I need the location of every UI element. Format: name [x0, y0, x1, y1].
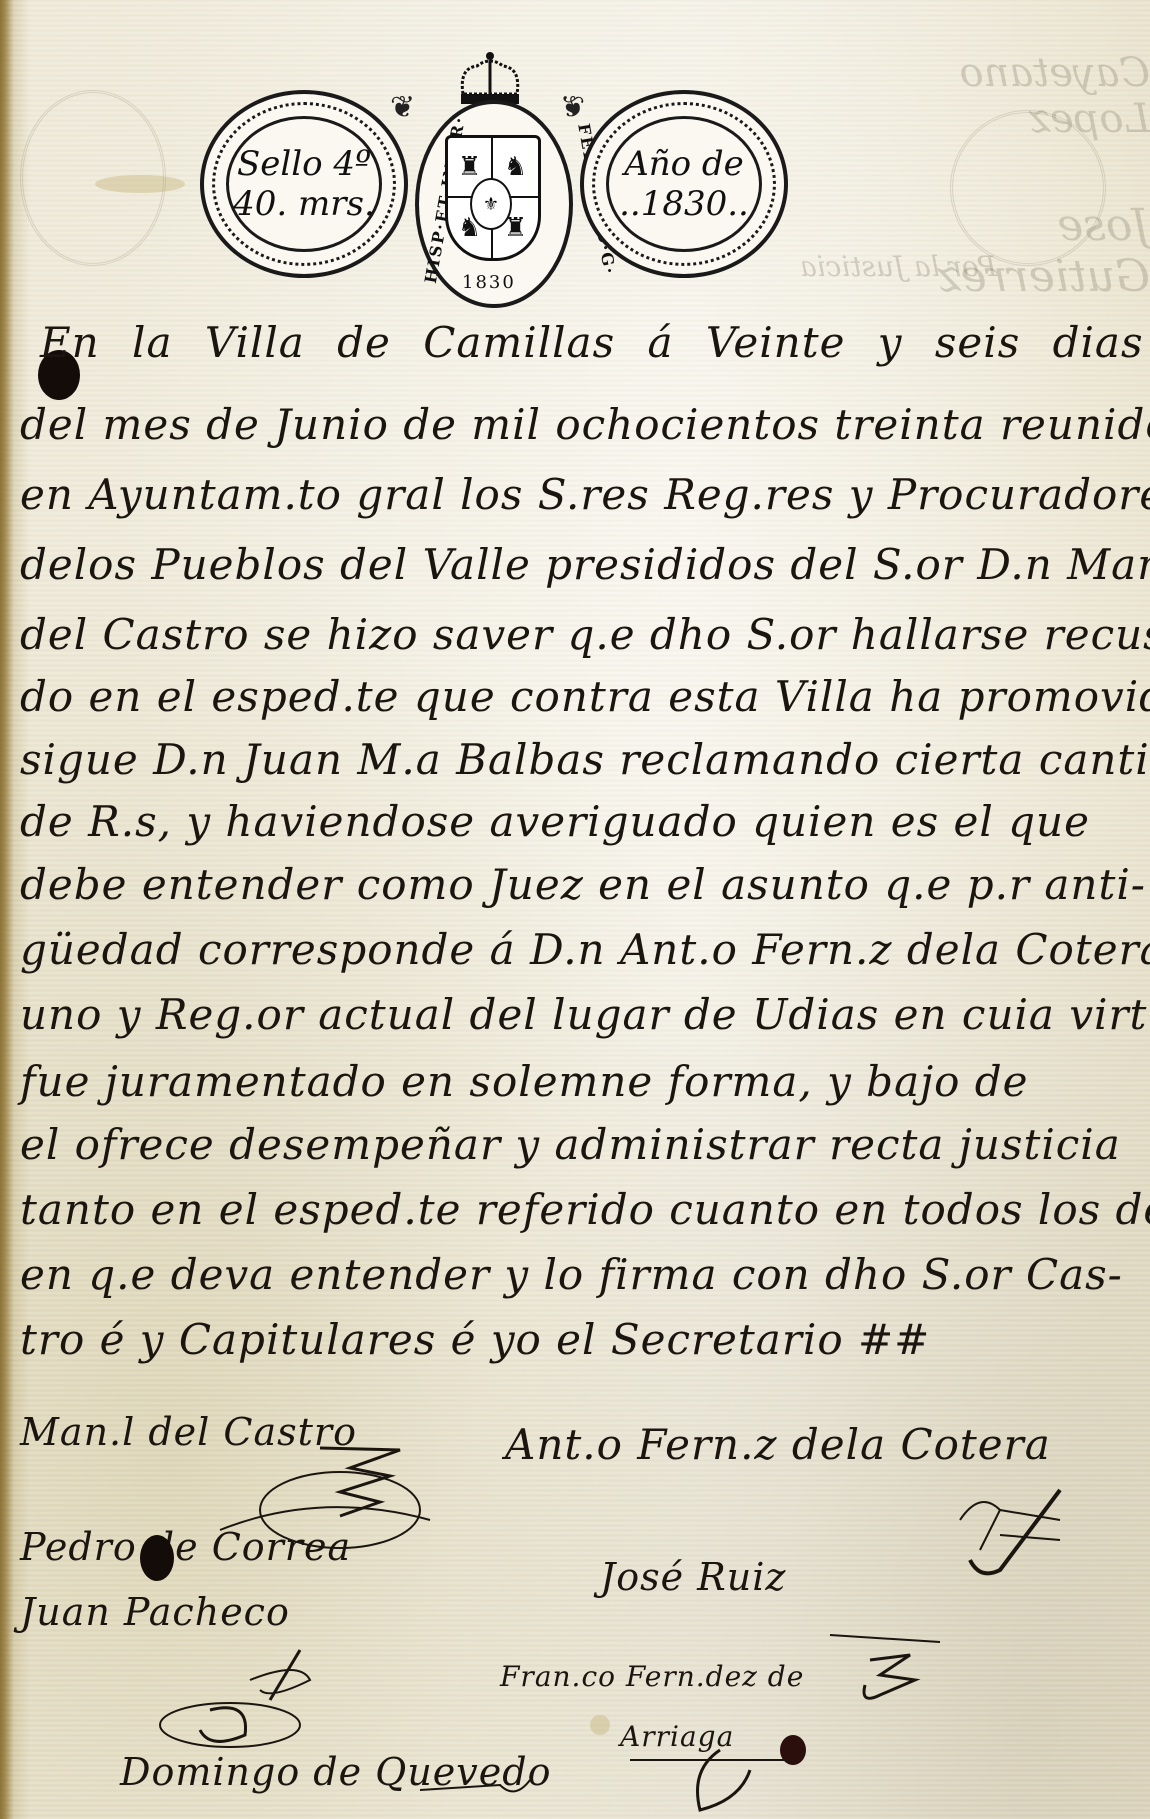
signature-right: Ant.o Fern.z dela Cotera	[505, 1420, 1051, 1469]
body-line: do en el esped.te que contra esta Villa …	[20, 672, 1150, 721]
tax-stamp: Sello 4º 40. mrs. ❦ ❦ HISP·ET IND·R· FER…	[200, 50, 780, 300]
ink-blot	[140, 1535, 174, 1581]
body-line: En la Villa de Camillas á Veinte y seis …	[40, 318, 1144, 367]
stamp-price-label: 40. mrs.	[233, 184, 375, 224]
body-line: tanto en el esped.te referido cuanto en …	[20, 1185, 1150, 1234]
laurel-icon: ❦	[560, 90, 585, 125]
rubric-flourish	[150, 1640, 350, 1760]
body-line: tro é y Capitulares é yo el Secretario #…	[20, 1315, 930, 1364]
signature-right: Fran.co Fern.dez de	[500, 1660, 804, 1693]
bleed-through-text: Cayetano Lopez	[830, 50, 1150, 142]
signature-right: José Ruiz	[600, 1555, 786, 1599]
body-line: en Ayuntam.to gral los S.res Reg.res y P…	[20, 470, 1150, 519]
body-line: debe entender como Juez en el asunto q.e…	[20, 860, 1146, 909]
rubric-flourish	[420, 1760, 540, 1810]
bleed-through-text: Por la Justicia	[800, 250, 997, 283]
stamp-class-label: Sello 4º	[237, 144, 371, 184]
laurel-icon: ❦	[390, 90, 415, 125]
rubric-flourish	[630, 1740, 810, 1819]
stamp-seal-year: Año de ..1830..	[580, 90, 788, 278]
rubric-flourish	[820, 1630, 940, 1710]
body-line: fue juramentado en solemne forma, y bajo…	[20, 1057, 1029, 1106]
rubric-flourish	[200, 1440, 440, 1580]
signature-left: Juan Pacheco	[20, 1590, 290, 1634]
body-line: sigue D.n Juan M.a Balbas reclamando cie…	[20, 735, 1150, 784]
body-line: güedad corresponde á D.n Ant.o Fern.z de…	[20, 925, 1150, 974]
paper-edge	[0, 0, 14, 1819]
body-line: del Castro se hizo saver q.e dho S.or ha…	[20, 610, 1150, 659]
body-line: el ofrece desempeñar y administrar recta…	[20, 1120, 1121, 1169]
body-line: de R.s, y haviendose averiguado quien es…	[20, 797, 1090, 846]
paper-stain	[95, 175, 185, 193]
body-line: uno y Reg.or actual del lugar de Udias e…	[20, 990, 1150, 1039]
paper-stain	[590, 1715, 610, 1735]
stamp-year-value: ..1830..	[619, 184, 749, 224]
body-line: delos Pueblos del Valle presididos del S…	[20, 540, 1150, 589]
stamp-year-legend: 1830	[462, 272, 516, 293]
fleur-de-lis-icon: ⚜	[470, 178, 512, 230]
stamp-seal-value: Sello 4º 40. mrs.	[200, 90, 408, 278]
stamp-year-label: Año de	[624, 144, 744, 184]
rubric-flourish	[940, 1480, 1070, 1590]
body-line: en q.e deva entender y lo firma con dho …	[20, 1250, 1123, 1299]
body-line: del mes de Junio de mil ochocientos trei…	[20, 400, 1150, 449]
